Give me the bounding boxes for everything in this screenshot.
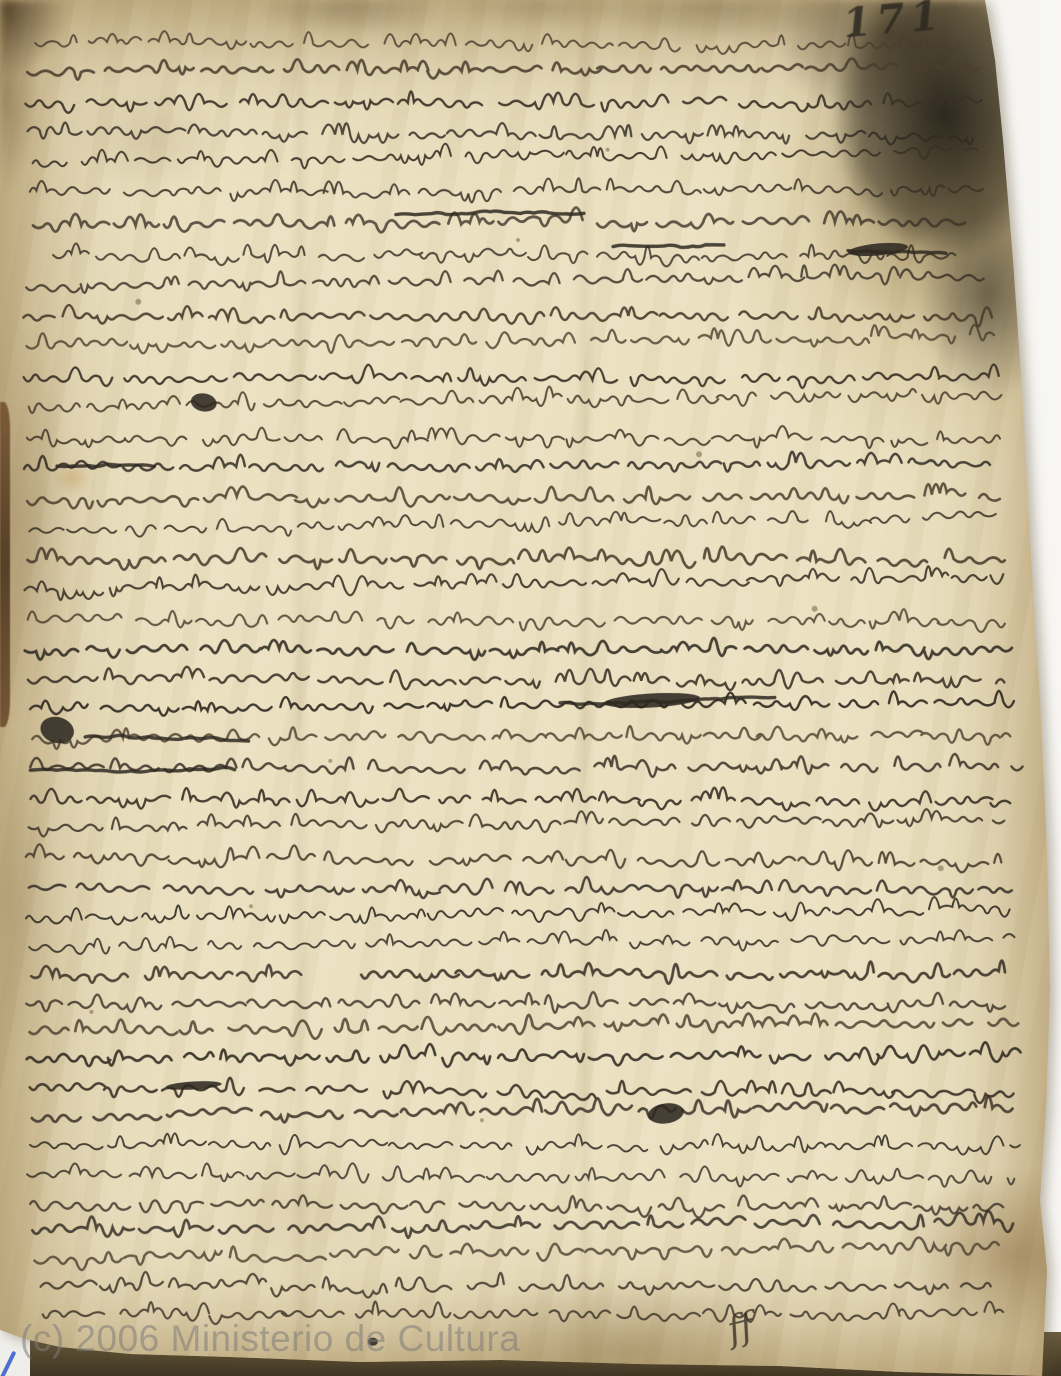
manuscript-line: [31, 965, 301, 983]
manuscript-line: [29, 808, 1005, 837]
manuscript-line: [29, 876, 1012, 900]
manuscript-line: [30, 1133, 1020, 1155]
manuscript-line: [29, 1010, 1018, 1041]
parchment-wrap: 171 ff: [0, 0, 1061, 1376]
manuscript-line: [29, 507, 996, 539]
manuscript-line: [24, 449, 990, 477]
parchment-page: 171 ff: [0, 0, 1061, 1376]
speck: [606, 148, 610, 152]
manuscript-line: [25, 638, 1012, 660]
ink-blot: [166, 1080, 222, 1091]
speck: [938, 865, 944, 871]
strikethrough-mark: [396, 211, 584, 215]
strikethrough-mark: [613, 245, 724, 248]
manuscript-line: [26, 991, 1005, 1013]
speck: [249, 904, 253, 908]
manuscript-line: [33, 137, 977, 171]
manuscript-line: [26, 321, 994, 356]
manuscript-line: [27, 54, 979, 80]
manuscript-line: [29, 380, 1002, 416]
manuscript-line: [30, 784, 1010, 813]
manuscript-line: [30, 754, 1022, 778]
speck: [328, 759, 332, 763]
manuscript-line: [24, 363, 999, 389]
copyright-watermark: (c) 2006 Ministerio de Cultura: [20, 1318, 520, 1360]
manuscript-line: [30, 1077, 1014, 1103]
ink-blot: [647, 1101, 685, 1126]
speck: [696, 451, 702, 457]
manuscript-line: [25, 91, 981, 113]
manuscript-scan: 171 ff (c) 2006 Ministerio de Cultura: [0, 0, 1061, 1376]
manuscript-line: [27, 1041, 1021, 1069]
manuscript-line: [34, 1235, 999, 1270]
manuscript-line: [27, 546, 1004, 569]
ink-blot: [189, 391, 218, 413]
handwriting-layer: [0, 0, 1061, 1376]
speck: [480, 1118, 484, 1122]
speck: [135, 299, 141, 305]
manuscript-line: [29, 926, 1015, 957]
speck: [516, 238, 520, 242]
speck: [89, 1010, 93, 1014]
manuscript-line: [35, 29, 958, 55]
manuscript-line: [24, 564, 1003, 601]
manuscript-line: [27, 425, 1000, 449]
manuscript-line: [28, 666, 1004, 690]
manuscript-line: [27, 483, 1000, 508]
manuscript-line: [30, 690, 1014, 717]
manuscript-line: [32, 1208, 1013, 1242]
manuscript-line: [32, 1093, 1013, 1126]
manuscript-line: [28, 121, 974, 147]
manuscript-line: [23, 303, 992, 328]
manuscript-line: [41, 1271, 991, 1298]
manuscript-line: [361, 959, 1005, 984]
manuscript-line: [30, 177, 983, 205]
strikethrough-mark: [57, 464, 154, 467]
speck: [812, 606, 818, 612]
handwriting-svg: [0, 0, 1061, 1376]
manuscript-line: [26, 844, 1002, 872]
manuscript-line: [26, 263, 984, 295]
manuscript-line: [26, 896, 1010, 927]
manuscript-line: [32, 724, 1010, 749]
manuscript-line: [30, 1193, 1003, 1219]
manuscript-line: [53, 243, 955, 267]
manuscript-line: [28, 607, 1005, 632]
strikethrough-mark: [30, 767, 234, 772]
manuscript-line: [27, 1162, 1014, 1187]
